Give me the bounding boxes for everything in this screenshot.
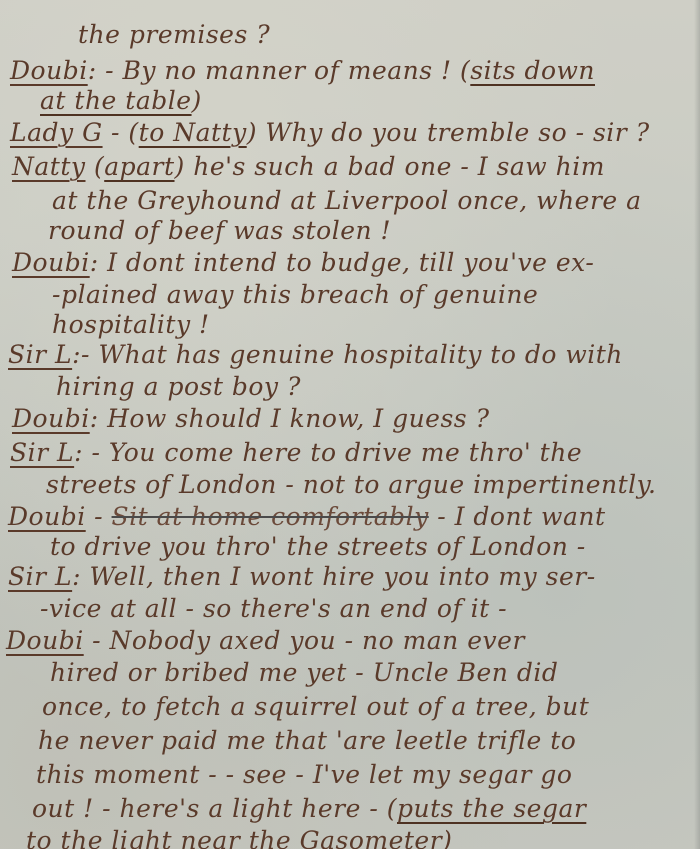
line-24: this moment - - see - I've let my segar … bbox=[36, 760, 572, 789]
line-03: at the table) bbox=[40, 86, 202, 115]
line-26: to the light near the Gasometer) bbox=[26, 826, 452, 849]
line-09: -plained away this breach of genuine bbox=[52, 280, 538, 309]
speaker-name: Doubi bbox=[8, 502, 86, 531]
speaker-name: Doubi bbox=[10, 56, 88, 85]
dialogue-text: By no manner of means ! ( bbox=[122, 56, 470, 85]
stage-direction: apart bbox=[104, 152, 174, 181]
stage-direction: to Natty bbox=[139, 118, 247, 147]
line-13: Doubi: How should I know, I guess ? bbox=[12, 404, 490, 433]
dialogue-text: ) bbox=[192, 86, 202, 115]
dialogue-text: once, to fetch a squirrel out of a tree,… bbox=[42, 692, 589, 721]
struck-out-text: Sit at home comfortably bbox=[112, 502, 429, 531]
stage-direction: at the table bbox=[40, 86, 192, 115]
line-23: he never paid me that 'are leetle trifle… bbox=[38, 726, 576, 755]
separator: - bbox=[84, 626, 110, 655]
line-05: Natty (apart) he's such a bad one - I sa… bbox=[12, 152, 605, 181]
dialogue-text: I dont intend to budge, till you've ex- bbox=[107, 248, 594, 277]
dialogue-text: -plained away this breach of genuine bbox=[52, 280, 538, 309]
stage-direction: sits down bbox=[470, 56, 595, 85]
line-15: streets of London - not to argue imperti… bbox=[46, 470, 656, 499]
separator: : - bbox=[88, 56, 123, 85]
line-04: Lady G - (to Natty) Why do you tremble s… bbox=[10, 118, 650, 147]
line-21: hired or bribed me yet - Uncle Ben did bbox=[50, 658, 558, 687]
speaker-name: Sir L bbox=[8, 340, 72, 369]
separator: ( bbox=[86, 152, 105, 181]
speaker-name: Sir L bbox=[8, 562, 72, 591]
dialogue-text: What has genuine hospitality to do with bbox=[98, 340, 622, 369]
separator: :- bbox=[72, 340, 98, 369]
line-01: the premises ? bbox=[78, 20, 270, 49]
dialogue-text: How should I know, I guess ? bbox=[107, 404, 489, 433]
line-08: Doubi: I dont intend to budge, till you'… bbox=[12, 248, 594, 277]
dialogue-text: Well, then I wont hire you into my ser- bbox=[90, 562, 596, 591]
speaker-name: Doubi bbox=[12, 248, 90, 277]
line-02: Doubi: - By no manner of means ! (sits d… bbox=[10, 56, 595, 85]
dialogue-text: streets of London - not to argue imperti… bbox=[46, 470, 656, 499]
speaker-name: Lady G bbox=[10, 118, 103, 147]
separator: : bbox=[90, 404, 107, 433]
speaker-name: Doubi bbox=[6, 626, 84, 655]
line-06: at the Greyhound at Liverpool once, wher… bbox=[52, 186, 642, 215]
line-17: to drive you thro' the streets of London… bbox=[50, 532, 586, 561]
line-19: -vice at all - so there's an end of it - bbox=[40, 594, 507, 623]
manuscript-page: the premises ? Doubi: - By no manner of … bbox=[0, 0, 700, 849]
dialogue-text: -vice at all - so there's an end of it - bbox=[40, 594, 507, 623]
dialogue-text: the premises ? bbox=[78, 20, 270, 49]
line-11: Sir L:- What has genuine hospitality to … bbox=[8, 340, 623, 369]
line-10: hospitality ! bbox=[52, 310, 210, 339]
dialogue-text: at the Greyhound at Liverpool once, wher… bbox=[52, 186, 642, 215]
dialogue-text: this moment - - see - I've let my segar … bbox=[36, 760, 572, 789]
dialogue-text: - I dont want bbox=[429, 502, 606, 531]
dialogue-text: Nobody axed you - no man ever bbox=[110, 626, 525, 655]
speaker-name: Doubi bbox=[12, 404, 90, 433]
speaker-name: Natty bbox=[12, 152, 86, 181]
separator: - bbox=[86, 502, 112, 531]
dialogue-text: to drive you thro' the streets of London… bbox=[50, 532, 586, 561]
page-edge-shadow bbox=[694, 0, 700, 849]
dialogue-text: ) he's such a bad one - I saw him bbox=[175, 152, 605, 181]
line-20: Doubi - Nobody axed you - no man ever bbox=[6, 626, 525, 655]
dialogue-text: he never paid me that 'are leetle trifle… bbox=[38, 726, 576, 755]
line-14: Sir L: - You come here to drive me thro'… bbox=[10, 438, 582, 467]
stage-direction: puts the segar bbox=[397, 794, 586, 823]
dialogue-text: hospitality ! bbox=[52, 310, 210, 339]
line-25: out ! - here's a light here - (puts the … bbox=[32, 794, 586, 823]
dialogue-text: out ! - here's a light here - ( bbox=[32, 794, 397, 823]
separator: - ( bbox=[103, 118, 139, 147]
speaker-name: Sir L bbox=[10, 438, 74, 467]
line-16: Doubi - Sit at home comfortably - I dont… bbox=[8, 502, 606, 531]
line-07: round of beef was stolen ! bbox=[48, 216, 391, 245]
dialogue-text: round of beef was stolen ! bbox=[48, 216, 391, 245]
dialogue-text: hired or bribed me yet - Uncle Ben did bbox=[50, 658, 558, 687]
separator: : - bbox=[74, 438, 109, 467]
dialogue-text: hiring a post boy ? bbox=[56, 372, 301, 401]
line-18: Sir L: Well, then I wont hire you into m… bbox=[8, 562, 596, 591]
separator: : bbox=[90, 248, 107, 277]
separator: : bbox=[72, 562, 89, 591]
line-12: hiring a post boy ? bbox=[56, 372, 301, 401]
stage-direction: to the light near the Gasometer bbox=[26, 826, 442, 849]
dialogue-text: ) Why do you tremble so - sir ? bbox=[247, 118, 650, 147]
dialogue-text: ) bbox=[442, 826, 452, 849]
dialogue-text: You come here to drive me thro' the bbox=[109, 438, 582, 467]
line-22: once, to fetch a squirrel out of a tree,… bbox=[42, 692, 589, 721]
